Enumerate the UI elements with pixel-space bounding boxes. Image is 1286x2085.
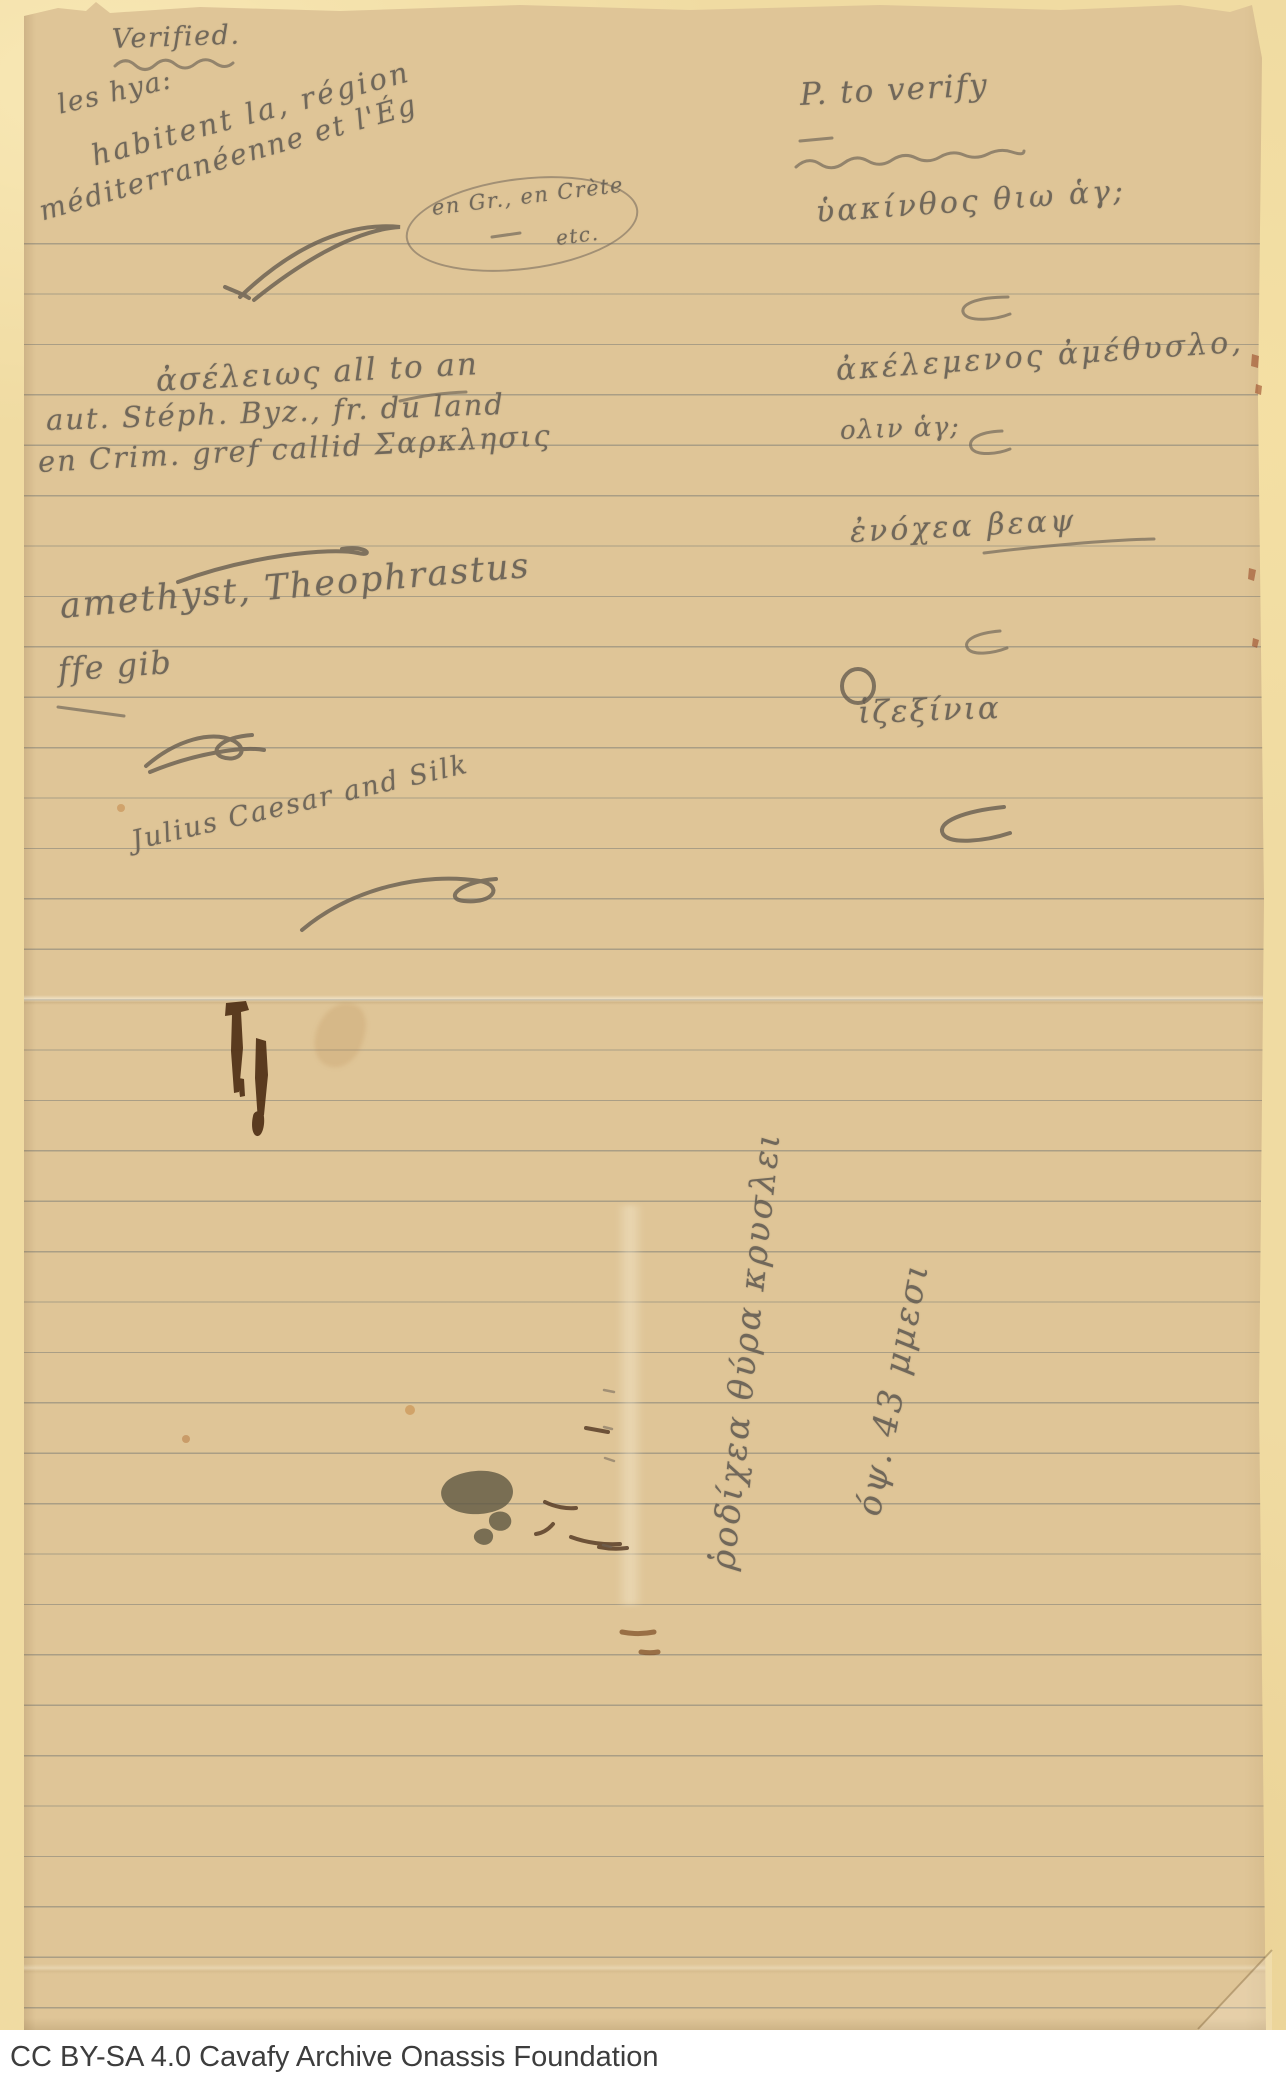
greek-item-4: ἱζεξίνια	[857, 693, 1001, 729]
license-caption-bar: CC BY-SA 4.0 Cavafy Archive Onassis Foun…	[0, 2030, 1286, 2085]
circled-note-line2: etc.	[555, 223, 601, 248]
amethyst-note-line2: ffe gib	[57, 646, 173, 686]
horizontal-fold-crease	[24, 995, 1270, 1005]
manuscript-paper-sheet	[0, 0, 1286, 2032]
lower-fold-crease	[24, 1964, 1270, 1974]
license-caption: CC BY-SA 4.0 Cavafy Archive Onassis Foun…	[10, 2041, 659, 2074]
vertical-light-streak	[616, 1205, 644, 1605]
manuscript-scan: Verified. les hya: habitent la, région m…	[0, 0, 1286, 2085]
ruled-lines	[2, 243, 1280, 2033]
verified-note: Verified.	[112, 22, 241, 53]
greek-item-2b: ολιν ἁγ;	[840, 414, 961, 444]
